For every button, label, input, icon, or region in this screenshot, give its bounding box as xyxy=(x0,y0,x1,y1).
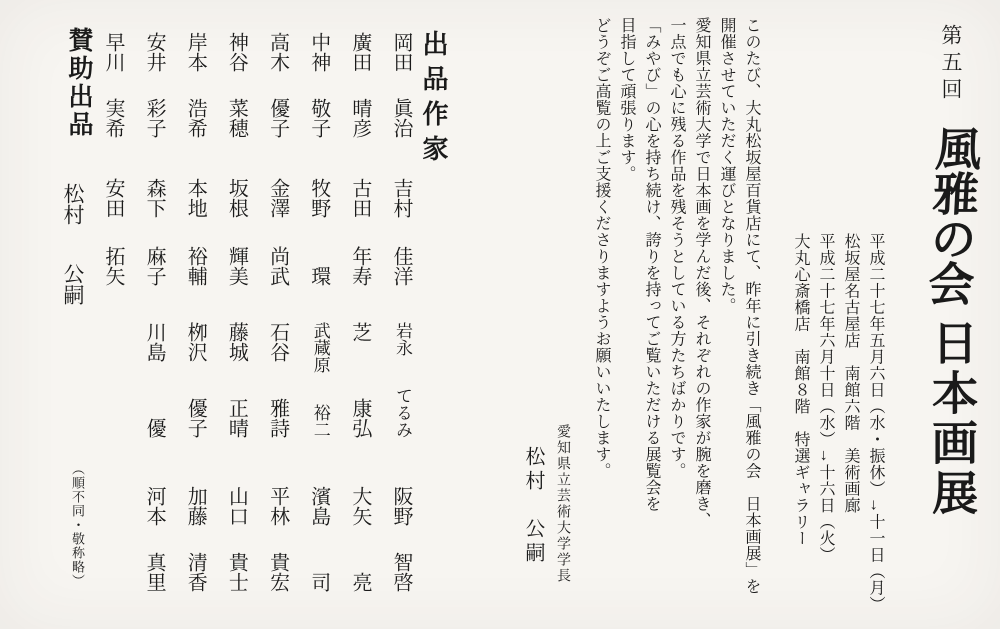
artist-name: 坂根輝美 xyxy=(225,178,251,286)
artist-name: 本地裕輔 xyxy=(184,178,210,286)
artist-name: 芝康弘 xyxy=(349,322,375,438)
title-column: 第五回 風雅の会 日本画展 xyxy=(918,24,984,584)
artist-name: 早川実希 xyxy=(102,32,128,138)
greeting-line: 目指して頑張ります。 xyxy=(614,17,639,621)
greeting-line: どうぞご高覧の上ご支援くださりますようお願いいたします。 xyxy=(589,17,614,621)
artists-heading: 出品作家 xyxy=(415,30,452,170)
artist-name: 古田年寿 xyxy=(349,178,375,286)
date-line: 平成二十七年五月六日（水・振休）→十一日（月） xyxy=(863,233,888,629)
greeting-block: このたび、大丸松坂屋百貨店にて、昨年に引き続き「風雅の会 日本画展」を 開催させ… xyxy=(589,17,764,621)
artist-name-empty xyxy=(102,322,128,438)
footnote: （順不同・敬称略） xyxy=(68,462,86,588)
greeting-line: このたび、大丸松坂屋百貨店にて、昨年に引き続き「風雅の会 日本画展」を xyxy=(739,17,764,621)
artist-name: 山口貴士 xyxy=(225,486,251,592)
artist-name: 岡田眞治 xyxy=(390,32,416,138)
group-name-calligraphy: 風雅の会 xyxy=(913,125,988,305)
artist-name: 廣田晴彦 xyxy=(349,32,375,138)
artist-name-empty xyxy=(102,486,128,592)
greeting-line: 「みやび」の心を持ち続け、誇りを持ってご覧いただける展覧会を xyxy=(639,17,664,621)
support-heading: 賛助出品 xyxy=(60,27,96,139)
artists-row-3: 岩永てるみ 芝康弘 武蔵原裕二 石谷雅詩 藤城正晴 栁沢優子 川島優 xyxy=(102,322,416,438)
venue-line: 松坂屋名古屋店 南館六階 美術画廊 xyxy=(838,233,863,629)
artist-name: 吉村佳洋 xyxy=(390,178,416,286)
artist-name: 神谷菜穂 xyxy=(225,32,251,138)
greeting-line: 一点でも心に残る作品を残そうとしている方たちばかりです。 xyxy=(664,17,689,621)
artists-row-4: 阪野智啓 大矢亮 濱島司 平林貴宏 山口貴士 加藤清香 河本真里 xyxy=(102,486,416,592)
edition-label: 第五回 xyxy=(939,24,963,105)
signature-name: 松村 公嗣 xyxy=(519,446,548,566)
artist-name: 藤城正晴 xyxy=(225,322,251,438)
artist-name: 岸本浩希 xyxy=(184,32,210,138)
artist-name: 金澤尚武 xyxy=(267,178,293,286)
date-line: 平成二十七年六月十日（水）→十六日（火） xyxy=(813,233,838,629)
signature-title: 愛知県立芸術大学学長 xyxy=(552,424,572,584)
artist-name: 濱島司 xyxy=(308,486,334,592)
artist-name: 森下麻子 xyxy=(143,178,169,286)
artist-name: 河本真里 xyxy=(143,486,169,592)
artist-name: 岩永てるみ xyxy=(390,322,416,438)
artist-name: 大矢亮 xyxy=(349,486,375,592)
artists-row-2: 吉村佳洋 古田年寿 牧野環 金澤尚武 坂根輝美 本地裕輔 森下麻子 安田拓矢 xyxy=(102,178,416,286)
artists-row-1: 岡田眞治 廣田晴彦 中神敬子 高木優子 神谷菜穂 岸本浩希 安井彩子 早川実希 xyxy=(102,32,416,138)
schedule-block: 平成二十七年五月六日（水・振休）→十一日（月） 松坂屋名古屋店 南館六階 美術画… xyxy=(788,233,888,629)
artist-name: 高木優子 xyxy=(267,32,293,138)
artist-name: 武蔵原裕二 xyxy=(308,322,334,438)
artist-name: 安井彩子 xyxy=(143,32,169,138)
greeting-line: 開催させていただく運びとなりました。 xyxy=(714,17,739,621)
exhibition-flyer: 第五回 風雅の会 日本画展 平成二十七年五月六日（水・振休）→十一日（月） 松坂… xyxy=(0,0,1000,629)
greeting-line: 愛知県立芸術大学で日本画を学んだ後、それぞれの作家が腕を磨き、 xyxy=(689,17,714,621)
artist-name: 加藤清香 xyxy=(184,486,210,592)
artist-name: 川島優 xyxy=(143,322,169,438)
artist-name: 中神敬子 xyxy=(308,32,334,138)
artist-name: 栁沢優子 xyxy=(184,322,210,438)
venue-line: 大丸心斎橋店 南館８階 特選ギャラリー xyxy=(788,233,813,629)
artist-name: 平林貴宏 xyxy=(267,486,293,592)
support-artist-name: 松村公嗣 xyxy=(62,183,88,305)
artist-name: 石谷雅詩 xyxy=(267,322,293,438)
artist-name: 牧野環 xyxy=(308,178,334,286)
exhibition-title: 日本画展 xyxy=(926,319,977,519)
artist-name: 安田拓矢 xyxy=(102,178,128,286)
artist-name: 阪野智啓 xyxy=(390,486,416,592)
